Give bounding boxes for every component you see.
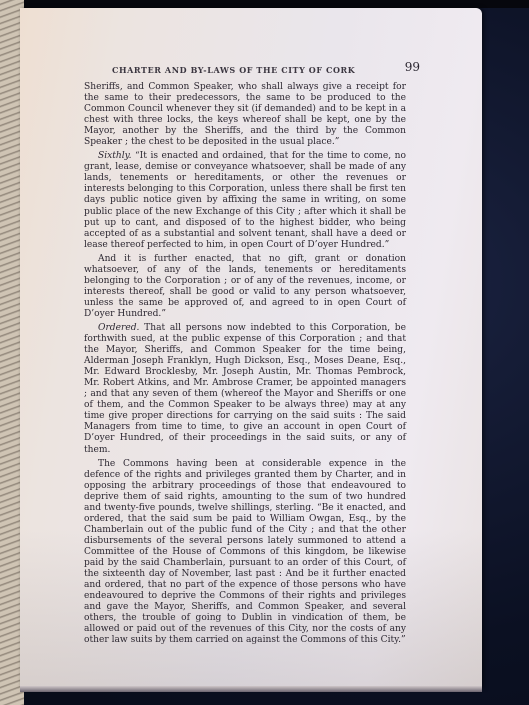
page-number: 99 <box>405 60 420 74</box>
paragraph-sixthly: Sixthly. “It is enacted and ordained, th… <box>84 151 406 250</box>
page-bottom-edge <box>20 686 482 692</box>
paragraph-ordered: Ordered. That all persons now indebted t… <box>84 323 406 456</box>
paragraph-lead: Ordered. <box>98 323 139 333</box>
page-body: Sheriffs, and Common Speaker, who shall … <box>84 82 406 646</box>
paragraph-further-enacted: And it is further enacted, that no gift,… <box>84 254 406 320</box>
paragraph-text: And it is further enacted, that no gift,… <box>84 254 406 319</box>
paragraph-text: The Commons having been at considerable … <box>84 459 406 646</box>
running-head: CHARTER AND BY-LAWS OF THE CITY OF CORK <box>112 65 355 75</box>
paragraph-text: Sheriffs, and Common Speaker, who shall … <box>84 82 406 147</box>
paragraph-text: That all persons now indebted to this Co… <box>84 323 406 455</box>
page-header: CHARTER AND BY-LAWS OF THE CITY OF CORK … <box>62 62 420 78</box>
paragraph-lead: Sixthly. <box>98 151 132 161</box>
paragraph-text: “It is enacted and ordained, that for th… <box>84 151 406 249</box>
paragraph-continuation: Sheriffs, and Common Speaker, who shall … <box>84 82 406 148</box>
paragraph-commons-expence: The Commons having been at considerable … <box>84 459 406 647</box>
top-shadow-strip <box>0 0 529 8</box>
